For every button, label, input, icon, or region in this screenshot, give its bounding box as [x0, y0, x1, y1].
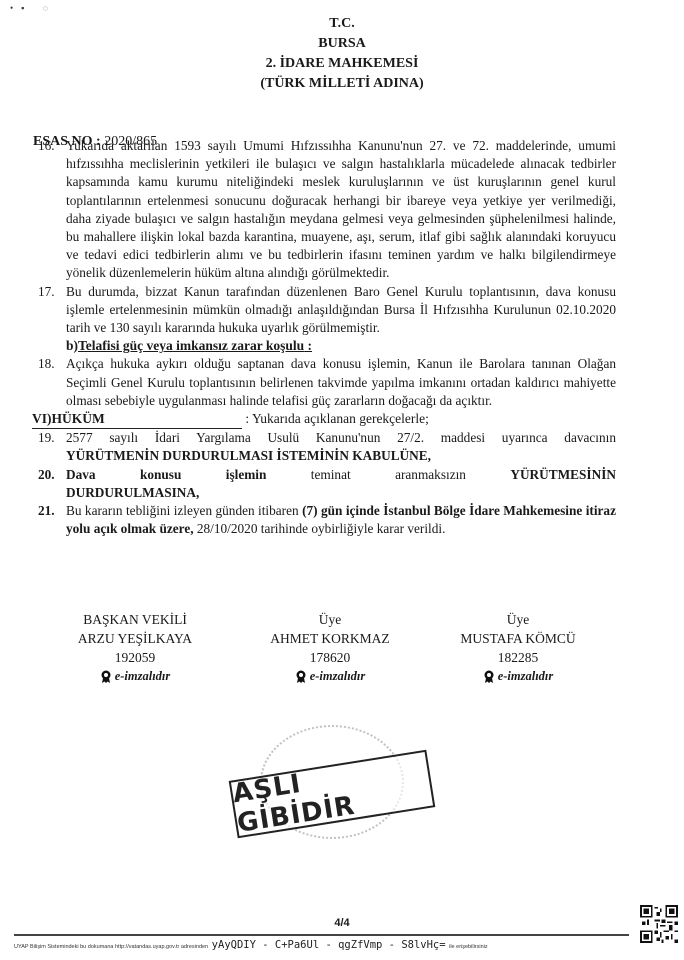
word: Dava	[66, 466, 96, 484]
signer-id: 182285	[418, 648, 618, 667]
paragraph-number: 18.	[38, 355, 55, 373]
paragraph-20: 20. Dava konusu işlemin teminat aranmaks…	[38, 466, 616, 502]
header-tc: T.C.	[0, 14, 684, 34]
esign-badge: e-imzalıdır	[100, 667, 171, 686]
section-b-heading: b)Telafisi güç veya imkansız zarar koşul…	[38, 337, 616, 355]
signer-member-2: Üye MUSTAFA KÖMCÜ 182285 e-imzalıdır	[418, 610, 618, 689]
paragraph-line1: Dava konusu işlemin teminat aranmaksızın…	[66, 466, 616, 484]
section-b-suffix: :	[304, 338, 312, 353]
seal-icon	[295, 670, 307, 684]
esign-label: e-imzalıdır	[498, 667, 554, 686]
paragraph-text: Açıkça hukuka aykırı olduğu saptanan dav…	[66, 356, 616, 407]
paragraph-text: 2577 sayılı İdari Yargılama Usulü Kanunu…	[66, 429, 616, 447]
document-page: •▪ ◌ T.C. BURSA 2. İDARE MAHKEMESİ (TÜRK…	[0, 0, 684, 960]
paragraph-number: 19.	[38, 429, 55, 447]
seal-icon	[483, 670, 495, 684]
verification-code: yAyQDIY - C+Pa6Ul - qgZfVmp - S8lvHç=	[212, 939, 446, 951]
paragraph-18: 18. Açıkça hukuka aykırı olduğu saptanan…	[38, 355, 616, 410]
esign-label: e-imzalıdır	[310, 667, 366, 686]
word: teminat	[311, 466, 351, 484]
judgment-intro: : Yukarıda açıklanan gerekçelerle;	[245, 411, 429, 426]
word: işlemin	[226, 466, 267, 484]
paragraph-text: Bu durumda, bizzat Kanun tarafından düze…	[66, 284, 616, 335]
signer-name: AHMET KORKMAZ	[230, 629, 430, 648]
signer-president: BAŞKAN VEKİLİ ARZU YEŞİLKAYA 192059 e-im…	[35, 610, 235, 689]
footer-divider	[14, 934, 629, 936]
header-city: BURSA	[0, 34, 684, 54]
paragraph-19: 19. 2577 sayılı İdari Yargılama Usulü Ka…	[38, 429, 616, 465]
qr-code-icon	[640, 905, 678, 943]
paragraph-text: Bu kararın tebliğini izleyen günden itib…	[66, 503, 302, 518]
word: konusu	[140, 466, 181, 484]
paragraph-decision: YÜRÜTMENİN DURDURULMASI İSTEMİNİN KABULÜ…	[66, 447, 616, 465]
esign-badge: e-imzalıdır	[295, 667, 366, 686]
signer-member-1: Üye AHMET KORKMAZ 178620 e-imzalıdır	[230, 610, 430, 689]
document-body: 16. Yukarıda aktarılan 1593 sayılı Umumi…	[38, 137, 616, 538]
header-nation: (TÜRK MİLLETİ ADINA)	[0, 74, 684, 94]
signer-id: 178620	[230, 648, 430, 667]
page-number: 4/4	[0, 917, 684, 929]
section-b-prefix: b)	[66, 338, 78, 353]
verification-footer: UYAP Bilişim Sistemindeki bu dokumana ht…	[14, 939, 634, 951]
header-court: 2. İDARE MAHKEMESİ	[0, 54, 684, 74]
signer-role: BAŞKAN VEKİLİ	[35, 610, 235, 629]
paragraph-text-end: 28/10/2020 tarihinde oybirliğiyle karar …	[194, 521, 446, 536]
signer-name: ARZU YEŞİLKAYA	[35, 629, 235, 648]
paragraph-line2: DURDURULMASINA,	[66, 484, 616, 502]
footer-prefix: UYAP Bilişim Sistemindeki bu dokumana ht…	[14, 944, 208, 950]
signer-role: Üye	[230, 610, 430, 629]
paragraph-number: 20.	[38, 466, 55, 484]
signer-id: 192059	[35, 648, 235, 667]
seal-icon	[100, 670, 112, 684]
court-header: T.C. BURSA 2. İDARE MAHKEMESİ (TÜRK MİLL…	[0, 14, 684, 94]
paragraph-16: 16. Yukarıda aktarılan 1593 sayılı Umumi…	[38, 137, 616, 283]
esign-badge: e-imzalıdır	[483, 667, 554, 686]
signer-name: MUSTAFA KÖMCÜ	[418, 629, 618, 648]
section-b-title: Telafisi güç veya imkansız zarar koşulu	[78, 338, 304, 353]
paragraph-number: 17.	[38, 283, 55, 301]
esign-label: e-imzalıdır	[115, 667, 171, 686]
footer-suffix: ile erişebilirsiniz	[449, 944, 488, 950]
signer-role: Üye	[418, 610, 618, 629]
paragraph-17: 17. Bu durumda, bizzat Kanun tarafından …	[38, 283, 616, 338]
judgment-heading: VI)HÜKÜM : Yukarıda açıklanan gerekçeler…	[32, 410, 616, 429]
paragraph-21: 21. Bu kararın tebliğini izleyen günden …	[38, 502, 616, 538]
scan-marks: •▪ ◌	[10, 3, 56, 13]
paragraph-number: 16.	[38, 137, 55, 155]
judgment-title: VI)HÜKÜM	[32, 410, 242, 429]
word: aranmaksızın	[395, 466, 466, 484]
word: YÜRÜTMESİNİN	[510, 466, 616, 484]
paragraph-text: Yukarıda aktarılan 1593 sayılı Umumi Hıf…	[66, 138, 616, 280]
paragraph-number: 21.	[38, 502, 55, 520]
